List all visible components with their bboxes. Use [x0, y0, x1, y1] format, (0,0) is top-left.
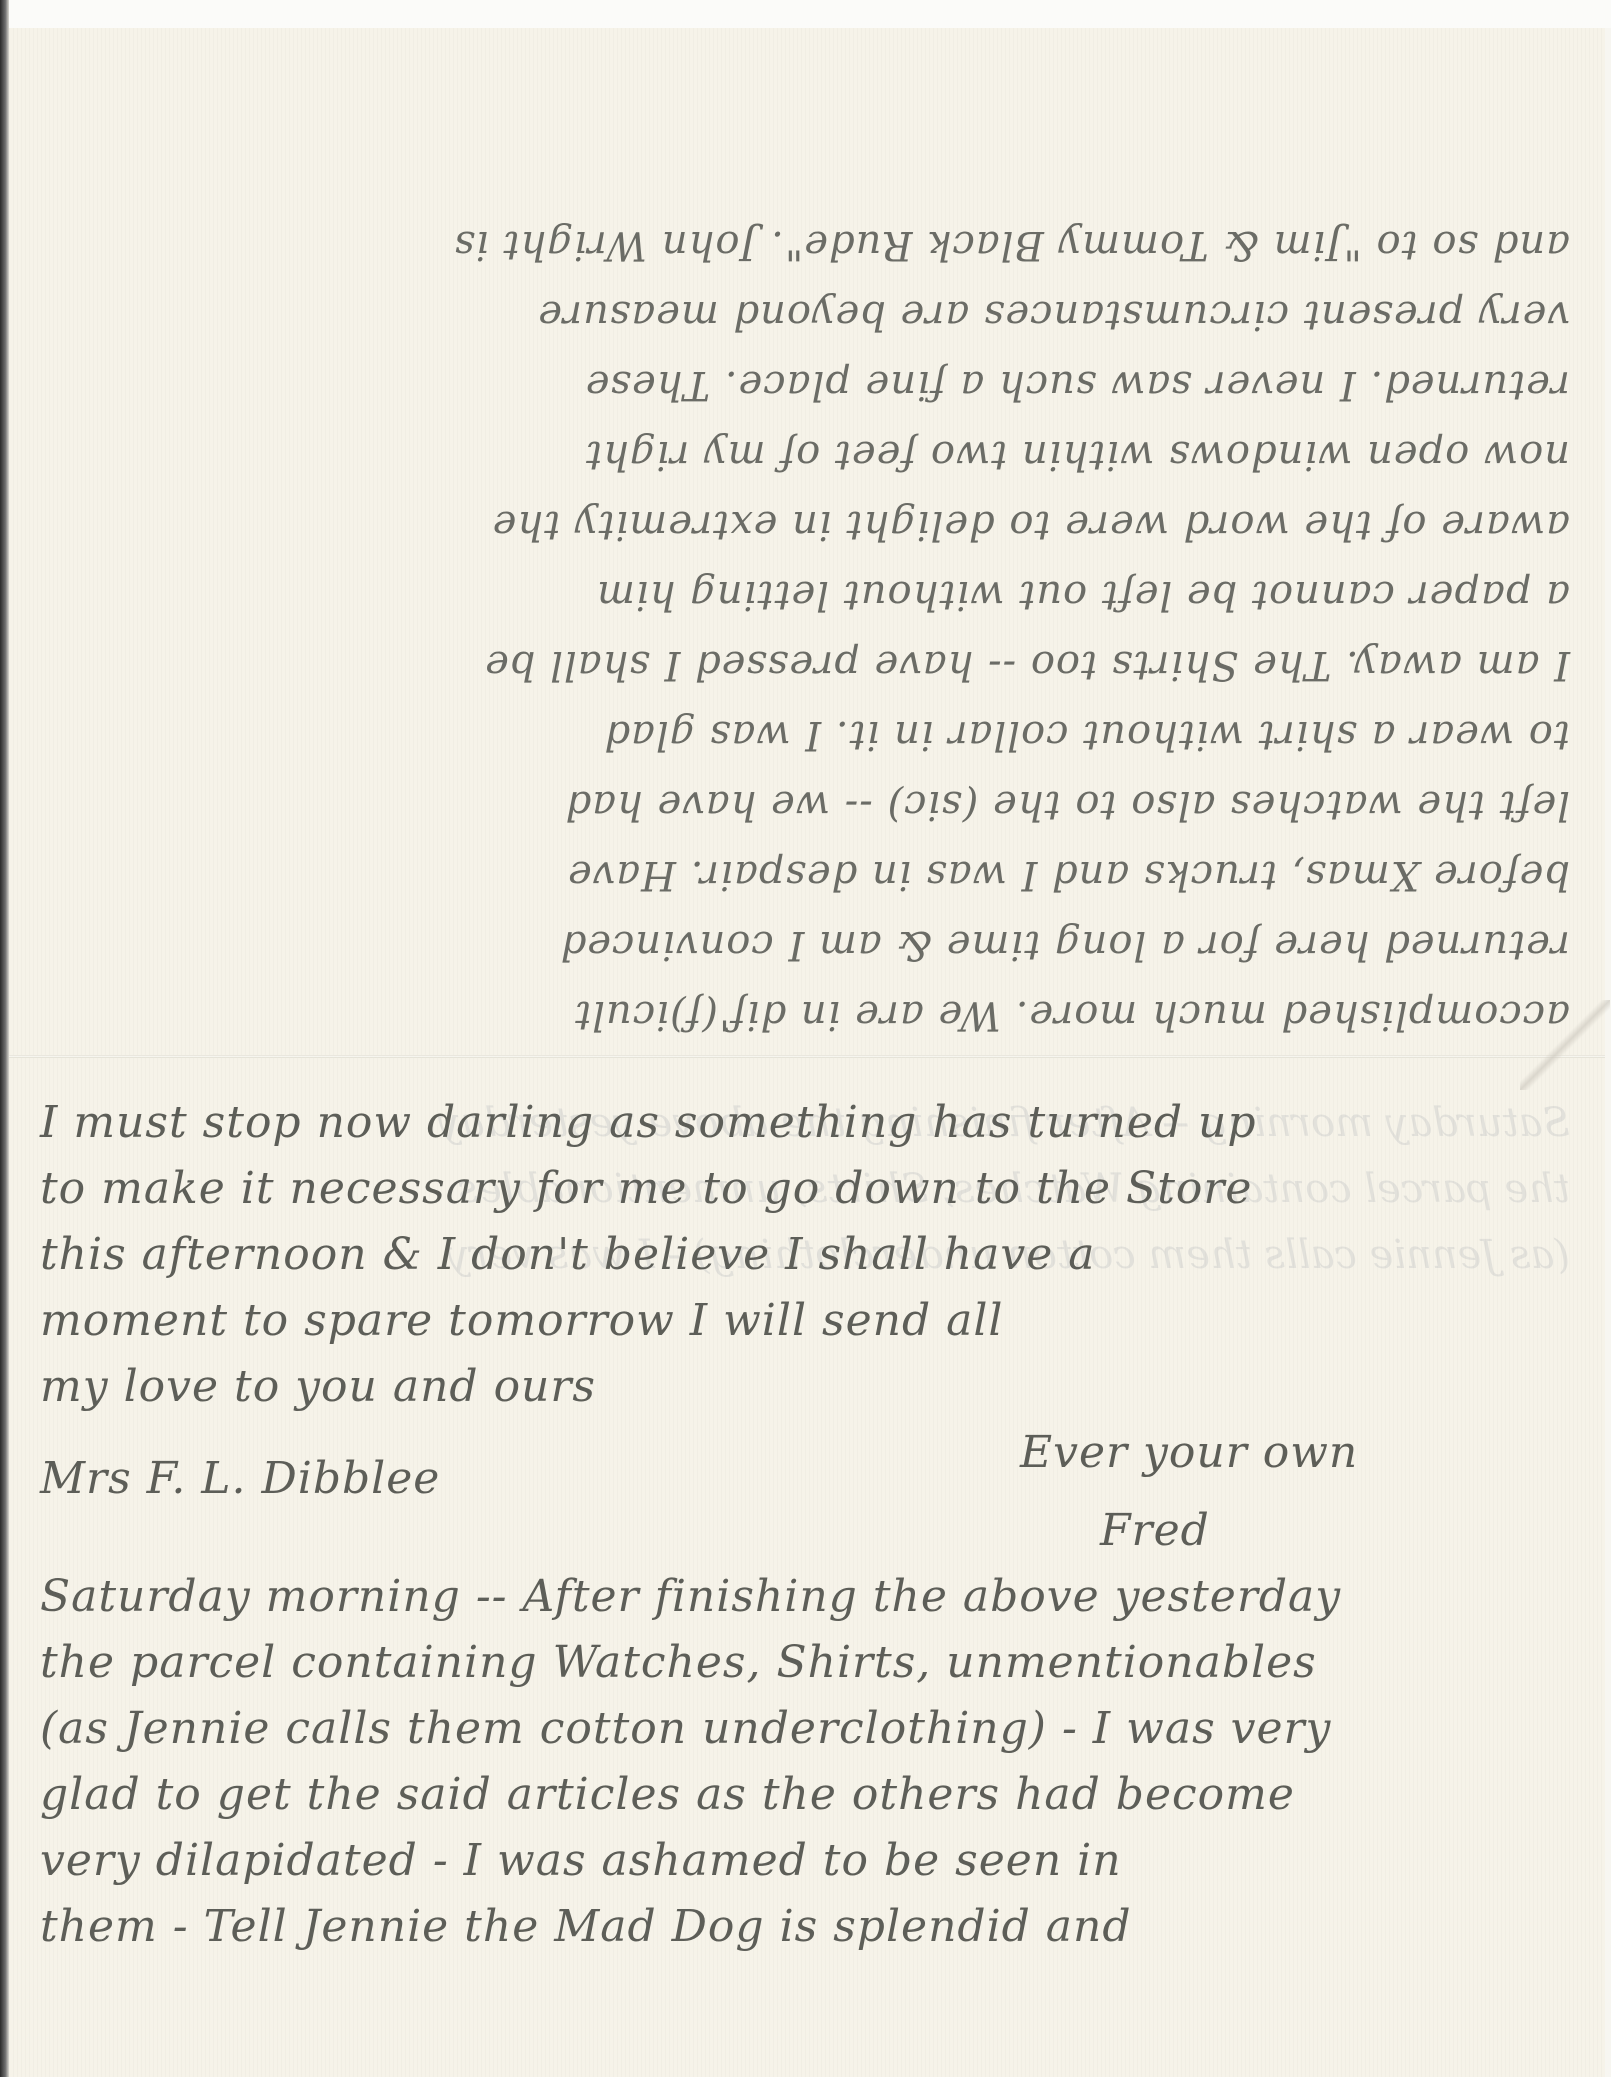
postscript-line: the parcel containing Watches, Shirts, u… — [40, 1630, 1570, 1696]
postscript-line: glad to get the said articles as the oth… — [40, 1762, 1570, 1828]
upside-down-line: and so to "Jim & Tommy Black Rude". John… — [40, 210, 1570, 280]
letter-line: my love to you and ours — [40, 1354, 1570, 1420]
upside-down-text-block: accomplished much more. We are in dif'(f… — [40, 50, 1570, 1050]
postscript-line: them - Tell Jennie the Mad Dog is splend… — [40, 1894, 1570, 1960]
upside-down-line: before Xmas, trucks and I was in despair… — [40, 840, 1570, 910]
letter-line: this afternoon & I don't believe I shall… — [40, 1222, 1570, 1288]
upside-down-line: very present circumstances are beyond me… — [40, 280, 1570, 350]
letter-line: I must stop now darling as something has… — [40, 1090, 1570, 1156]
upright-text-block: I must stop now darling as something has… — [40, 1090, 1570, 2070]
postscript-line: (as Jennie calls them cotton underclothi… — [40, 1696, 1570, 1762]
postscript-line: very dilapidated - I was ashamed to be s… — [40, 1828, 1570, 1894]
upside-down-line: accomplished much more. We are in dif'(f… — [40, 980, 1570, 1050]
upside-down-line: I am away. The Shirts too -- have presse… — [40, 630, 1570, 700]
upside-down-line: a paper cannot be left out without letti… — [40, 560, 1570, 630]
upside-down-line: returned here for a long time & am I con… — [40, 910, 1570, 980]
letter-line: moment to spare tomorrow I will send all — [40, 1288, 1570, 1354]
upside-down-line: left the watches also to the (sic) -- we… — [40, 770, 1570, 840]
scan-left-edge — [0, 0, 9, 2077]
postscript-line: Saturday morning -- After finishing the … — [40, 1564, 1570, 1630]
letter-line: to make it necessary for me to go down t… — [40, 1156, 1570, 1222]
upside-down-line: returned. I never saw such a fine place.… — [40, 350, 1570, 420]
upside-down-line: to wear a shirt without collar in it. I … — [40, 700, 1570, 770]
upside-down-line: aware of the word were to delight in ext… — [40, 490, 1570, 560]
upside-down-line: now open windows within two feet of my r… — [40, 420, 1570, 490]
scan-top-margin — [0, 0, 1611, 28]
paper-fold-line — [9, 1055, 1605, 1058]
